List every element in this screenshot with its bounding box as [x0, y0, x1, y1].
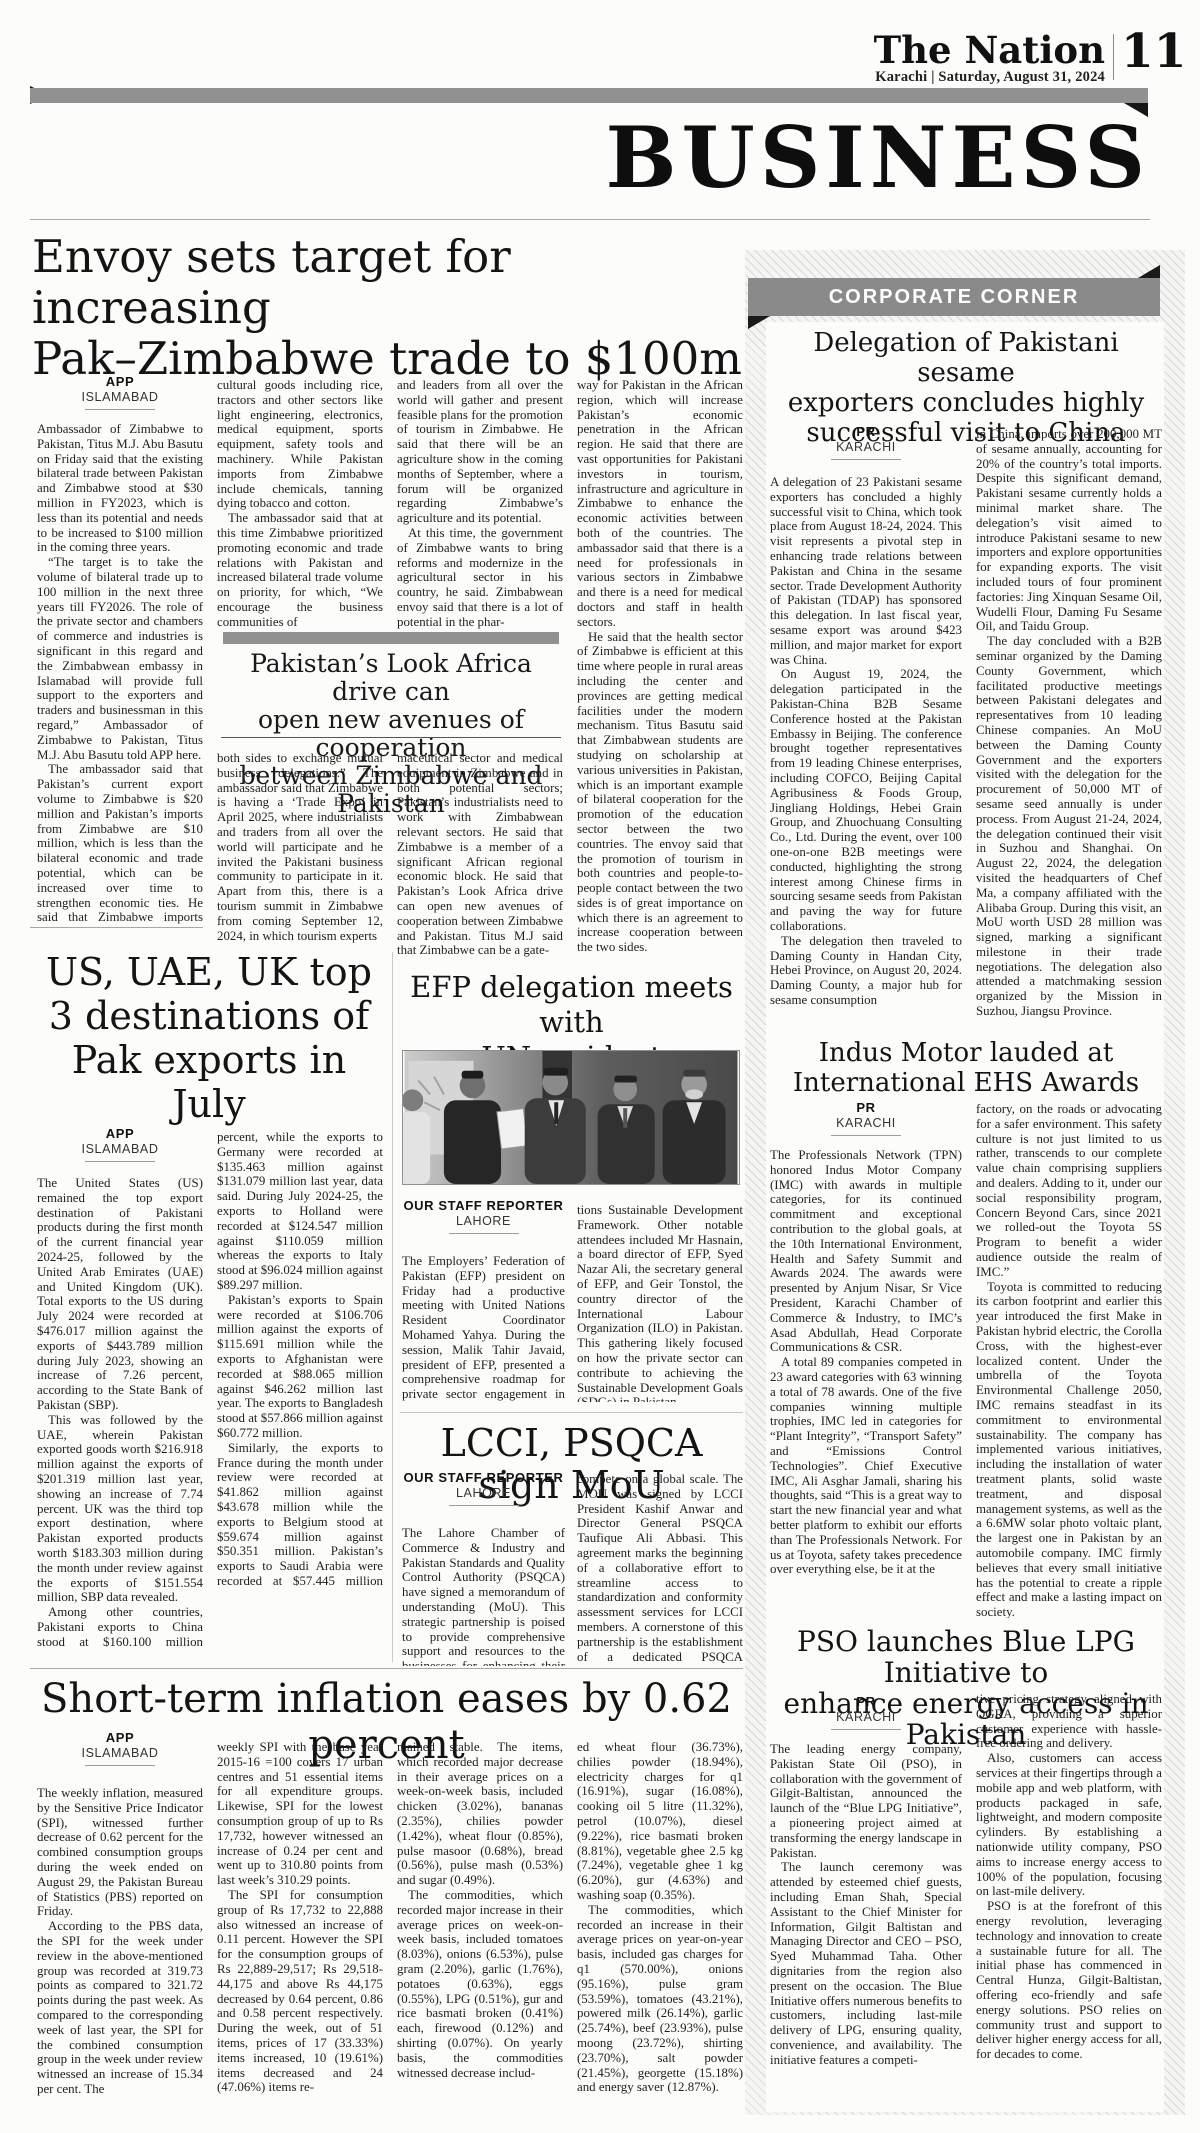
lcci-column-1: The Lahore Chamber of Commerce & Industr…: [402, 1526, 565, 1666]
top-gray-bar: [30, 88, 1148, 103]
byline-underline: [831, 1729, 901, 1730]
exports-byline: APP ISLAMABAD: [37, 1126, 203, 1162]
masthead-brand: The Nation: [840, 32, 1105, 69]
envoy-column-2-top: cultural goods including rice, tractors …: [217, 378, 383, 629]
envoy-column-3-top: and leaders from all over the world will…: [397, 378, 563, 629]
byline-city: LAHORE: [402, 1214, 565, 1228]
pull-quote-line1: Pakistan’s Look Africa drive can: [221, 650, 561, 706]
sesame-column-1: A delegation of 23 Pakistani sesame expo…: [770, 475, 962, 1027]
banner-fold-top-right: [1138, 265, 1160, 278]
pso-column-2: tive pricing strategy aligned with OGRA,…: [976, 1692, 1162, 2118]
byline-agency: OUR STAFF REPORTER: [402, 1198, 565, 1213]
banner-fold-bottom-left: [748, 316, 770, 329]
pull-quote-rule: [221, 737, 561, 738]
envoy-column-3-bottom: maceutical sector and medical equipment …: [397, 751, 563, 957]
lcci-column-2: compete on a global scale. The MOU was s…: [577, 1472, 743, 1664]
envoy-headline: Envoy sets target for increasing Pak–Zim…: [32, 231, 744, 384]
efp-column-2: tions Sustainable Development Framework.…: [577, 1203, 743, 1402]
byline-city: KARACHI: [770, 1116, 962, 1130]
indus-headline-line2: International EHS Awards: [775, 1068, 1157, 1098]
exports-headline-line3: Pak exports in July: [30, 1038, 388, 1126]
byline-underline: [831, 459, 901, 460]
byline-agency: OUR STAFF REPORTER: [402, 1470, 565, 1485]
byline-city: KARACHI: [770, 440, 962, 454]
envoy-column-4: way for Pakistan in the African region, …: [577, 378, 743, 964]
efp-photo: [402, 1050, 740, 1185]
byline-agency: PR: [770, 1694, 962, 1709]
efp-column-1: The Employers’ Federation of Pakistan (E…: [402, 1254, 565, 1402]
byline-underline: [85, 1765, 155, 1766]
byline-agency: PR: [770, 424, 962, 439]
corporate-corner-banner: CORPORATE CORNER: [748, 278, 1160, 316]
sesame-headline-line2: exporters concludes highly: [775, 388, 1157, 418]
divider-above-lcci: [400, 1412, 743, 1413]
byline-underline: [85, 409, 155, 410]
exports-column-2: percent, while the exports to Germany we…: [217, 1130, 383, 1588]
sesame-column-2: in China, imports over 200,000 MT of ses…: [976, 427, 1162, 1027]
byline-underline: [449, 1505, 519, 1506]
byline-city: ISLAMABAD: [37, 390, 203, 404]
sesame-byline: PR KARACHI: [770, 424, 962, 460]
pso-column-1: The leading energy company, Pakistan Sta…: [770, 1742, 962, 2118]
envoy-column-2-bottom: both sides to exchange mutual business d…: [217, 751, 383, 957]
exports-headline-line1: US, UAE, UK top: [30, 950, 388, 994]
byline-agency: APP: [37, 374, 203, 389]
pull-quote-bar: [223, 632, 559, 644]
envoy-headline-line1: Envoy sets target for increasing: [32, 231, 744, 333]
divider-above-exports: [30, 927, 203, 928]
envoy-column-1: Ambassador of Zimbabwe to Pakistan, Titu…: [37, 422, 203, 924]
inflation-byline: APP ISLAMABAD: [37, 1730, 203, 1766]
exports-column-1: The United States (US) remained the top …: [37, 1176, 203, 1648]
masthead-divider: [1113, 34, 1114, 80]
envoy-byline: APP ISLAMABAD: [37, 374, 203, 410]
byline-agency: APP: [37, 1730, 203, 1745]
section-divider: [30, 219, 1150, 220]
inflation-column-3: mained stable. The items, which recorded…: [397, 1740, 563, 2118]
exports-headline: US, UAE, UK top 3 destinations of Pak ex…: [30, 950, 388, 1126]
divider-above-inflation: [30, 1668, 743, 1669]
page-number: 11: [1121, 28, 1186, 75]
inflation-column-1: The weekly inflation, measured by the Se…: [37, 1786, 203, 2118]
sesame-headline-line1: Delegation of Pakistani sesame: [775, 328, 1157, 388]
section-title: BUSINESS: [400, 116, 1150, 200]
lcci-byline: OUR STAFF REPORTER LAHORE: [402, 1470, 565, 1506]
byline-city: ISLAMABAD: [37, 1746, 203, 1760]
byline-underline: [831, 1135, 901, 1136]
pso-headline-line1: PSO launches Blue LPG Initiative to: [768, 1626, 1164, 1688]
indus-column-2: factory, on the roads or advocating for …: [976, 1102, 1162, 1618]
indus-headline: Indus Motor lauded at International EHS …: [775, 1038, 1157, 1098]
indus-column-1: The Professionals Network (TPN) honored …: [770, 1148, 962, 1620]
byline-underline: [85, 1161, 155, 1162]
article-divider-vertical: [392, 952, 393, 1662]
newspaper-page: The Nation 11 Karachi | Saturday, August…: [0, 0, 1200, 2133]
byline-agency: PR: [770, 1100, 962, 1115]
efp-headline-line1: EFP delegation meets with: [400, 970, 743, 1040]
inflation-column-4: ed wheat flour (36.73%), chilies powder …: [577, 1740, 743, 2118]
pso-byline: PR KARACHI: [770, 1694, 962, 1730]
exports-headline-line2: 3 destinations of: [30, 994, 388, 1038]
byline-city: ISLAMABAD: [37, 1142, 203, 1156]
byline-city: KARACHI: [770, 1710, 962, 1724]
byline-city: LAHORE: [402, 1486, 565, 1500]
efp-byline: OUR STAFF REPORTER LAHORE: [402, 1198, 565, 1234]
byline-underline: [449, 1233, 519, 1234]
byline-agency: APP: [37, 1126, 203, 1141]
inflation-column-2: weekly SPI with the base year 2015-16 =1…: [217, 1740, 383, 2118]
indus-headline-line1: Indus Motor lauded at: [775, 1038, 1157, 1068]
dateline: Karachi | Saturday, August 31, 2024: [790, 69, 1105, 86]
indus-byline: PR KARACHI: [770, 1100, 962, 1136]
